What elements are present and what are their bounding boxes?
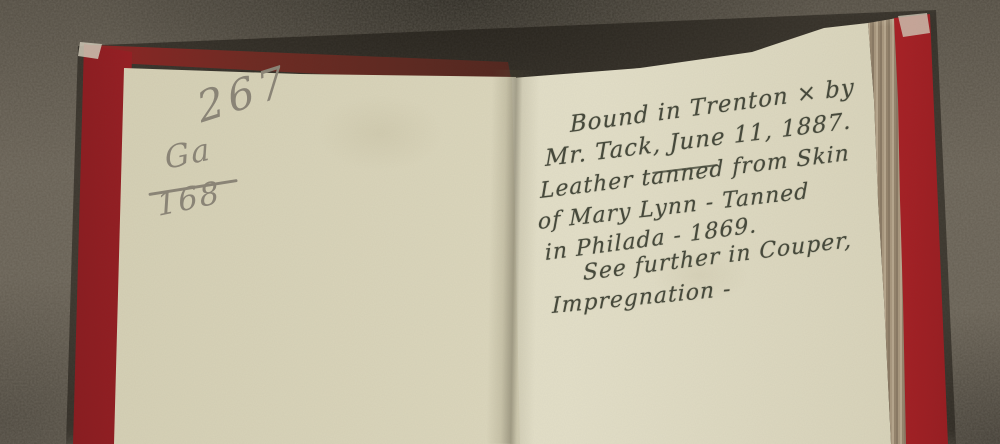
photo-open-book: 267 Ga 168 Bound in Trenton × by Mr. Tac… — [0, 0, 1000, 444]
book-gutter — [486, 70, 540, 444]
